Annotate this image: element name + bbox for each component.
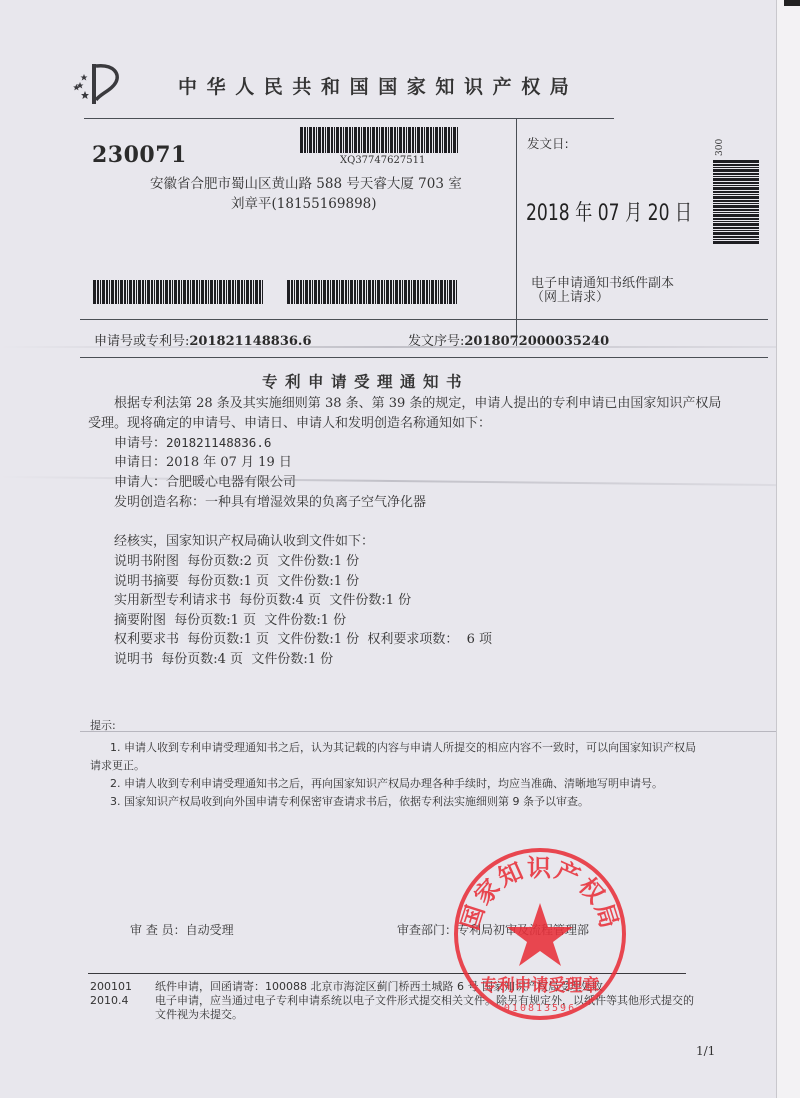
examiner-value: 自动受理: [186, 923, 234, 937]
header-column-divider: [516, 118, 517, 346]
barcode-left: [93, 280, 263, 304]
scan-edge: [776, 0, 800, 1098]
agency-name: 中华人民共和国国家知识产权局: [178, 72, 578, 99]
notice-intro-cont: 受理。现将确定的申请号、申请日、申请人和发明创造名称通知如下：: [88, 414, 491, 434]
field-applicant: 申请人：合肥暖心电器有限公司: [114, 473, 296, 493]
barcode-text: XQ37747627511: [340, 155, 425, 166]
field-label: 申请日：: [114, 455, 166, 470]
paper-fold: [0, 346, 776, 348]
field-invention-title: 发明创造名称：一种具有增湿效果的负离子空气净化器: [114, 493, 426, 513]
examiner-label: 审 查 员：: [130, 923, 186, 937]
cnipa-logo-icon: [70, 60, 126, 104]
footer-code-1: 200101: [90, 980, 132, 994]
svg-text:010813596: 010813596: [504, 1003, 576, 1014]
document-item: 说明书摘要 每份页数:1 页 文件份数:1 份: [114, 572, 359, 592]
barcode-right: [287, 280, 457, 304]
scan-corner: [784, 0, 800, 6]
page-number: 1/1: [696, 1044, 715, 1058]
tip-1-cont: 请求更正。: [90, 757, 145, 773]
footer-electronic-filing-cont: 文件视为未提交。: [155, 1008, 243, 1022]
tip-2: 2. 申请人收到专利申请受理通知书之后，再向国家知识产权局办理各种手续时，均应当…: [110, 775, 663, 791]
documents-intro: 经核实，国家知识产权局确认收到文件如下：: [114, 532, 374, 552]
examiner: 审 查 员：自动受理: [130, 921, 234, 938]
side-barcode: [713, 160, 759, 244]
postcode: 230071: [92, 142, 187, 168]
notice-title: 专利申请受理通知书: [262, 370, 469, 392]
field-filing-date: 申请日：2018 年 07 月 19 日: [114, 453, 292, 473]
notice-intro: 根据专利法第 28 条及其实施细则第 38 条、第 39 条的规定，申请人提出的…: [114, 394, 721, 414]
field-value: 一种具有增湿效果的负离子空气净化器: [205, 495, 426, 510]
issue-date-label: 发文日:: [527, 134, 569, 152]
field-label: 发明创造名称：: [114, 495, 205, 510]
recipient-contact: 刘章平(18155169898): [231, 192, 377, 212]
document-item: 权利要求书 每份页数:1 页 文件份数:1 份 权利要求项数： 6 项: [114, 630, 492, 650]
side-code: 300: [715, 139, 725, 156]
reference-divider-bottom: [80, 357, 768, 358]
header-divider: [84, 118, 614, 119]
issue-date: 2018 年 07 月 20 日: [526, 196, 692, 227]
department-label: 审查部门：: [397, 923, 457, 937]
footer-code-2: 2010.4: [90, 994, 129, 1008]
field-application-number: 申请号：201821148836.6: [114, 433, 271, 454]
document-item: 实用新型专利请求书 每份页数:4 页 文件份数:1 份: [114, 591, 411, 611]
document-item: 说明书 每份页数:4 页 文件份数:1 份: [114, 650, 333, 670]
document-item: 摘要附图 每份页数:1 页 文件份数:1 份: [114, 611, 346, 631]
field-label: 申请号：: [114, 436, 166, 451]
document-item: 说明书附图 每份页数:2 页 文件份数:1 份: [114, 552, 359, 572]
field-value: 201821148836.6: [166, 435, 271, 450]
mail-barcode: [300, 127, 458, 153]
recipient-address: 安徽省合肥市蜀山区黄山路 588 号天睿大厦 703 室: [150, 172, 462, 192]
reference-divider-top: [80, 319, 768, 320]
copy-note: 电子申请通知书纸件副本（网上请求）: [531, 277, 681, 305]
field-value: 2018 年 07 月 19 日: [166, 455, 292, 470]
tip-1: 1. 申请人收到专利申请受理通知书之后，认为其记载的内容与申请人所提交的相应内容…: [110, 739, 696, 755]
official-seal-stamp: 国家知识产权局 专利申请受理章 010813596: [451, 845, 629, 1023]
tip-3: 3. 国家知识产权局收到向外国申请专利保密审查请求书后，依据专利法实施细则第 9…: [110, 793, 589, 809]
tips-divider: [80, 731, 776, 732]
svg-text:专利申请受理章: 专利申请受理章: [481, 975, 600, 996]
